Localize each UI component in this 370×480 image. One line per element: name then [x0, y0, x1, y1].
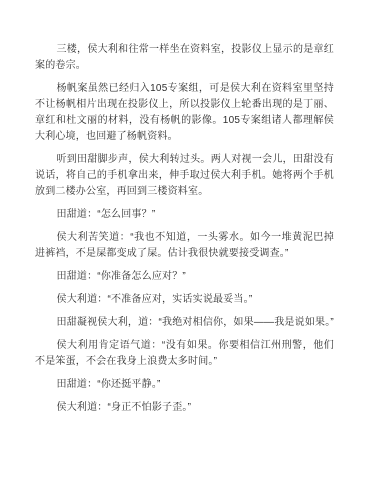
paragraph-2: 杨帆案虽然已经归入105专案组，可是侯大利在资料室里坚持不让杨帆相片出现在投影仪… — [35, 81, 334, 145]
paragraph-11: 侯大利道：“身正不怕影子歪。” — [35, 400, 334, 416]
paragraph-8: 田甜凝视侯大利，道：“我绝对相信你，如果——我是说如果。” — [35, 315, 334, 331]
document-page: 三楼，侯大利和往常一样坐在资料室，投影仪上显示的是章红案的卷宗。杨帆案虽然已经归… — [0, 0, 370, 480]
paragraph-1: 三楼，侯大利和往常一样坐在资料室，投影仪上显示的是章红案的卷宗。 — [35, 42, 334, 74]
paragraph-9: 侯大利用肯定语气道：“没有如果。你要相信江州刑警，他们不是笨蛋，不会在我身上浪费… — [35, 338, 334, 370]
paragraph-4: 田甜道：“怎么回事？” — [35, 207, 334, 223]
paragraph-6: 田甜道：“你准备怎么应对？” — [35, 269, 334, 285]
paragraph-5: 侯大利苦笑道：“我也不知道，一头雾水。如今一堆黄泥巴掉进裤裆，不是屎都变成了屎。… — [35, 230, 334, 262]
paragraph-10: 田甜道：“你还挺平静。” — [35, 377, 334, 393]
novel-text-block: 三楼，侯大利和往常一样坐在资料室，投影仪上显示的是章红案的卷宗。杨帆案虽然已经归… — [35, 42, 334, 416]
paragraph-7: 侯大利道：“不准备应对，实话实说最妥当。” — [35, 292, 334, 308]
paragraph-3: 听到田甜脚步声，侯大利转过头。两人对视一会儿，田甜没有说话，将自己的手机拿出来，… — [35, 152, 334, 200]
